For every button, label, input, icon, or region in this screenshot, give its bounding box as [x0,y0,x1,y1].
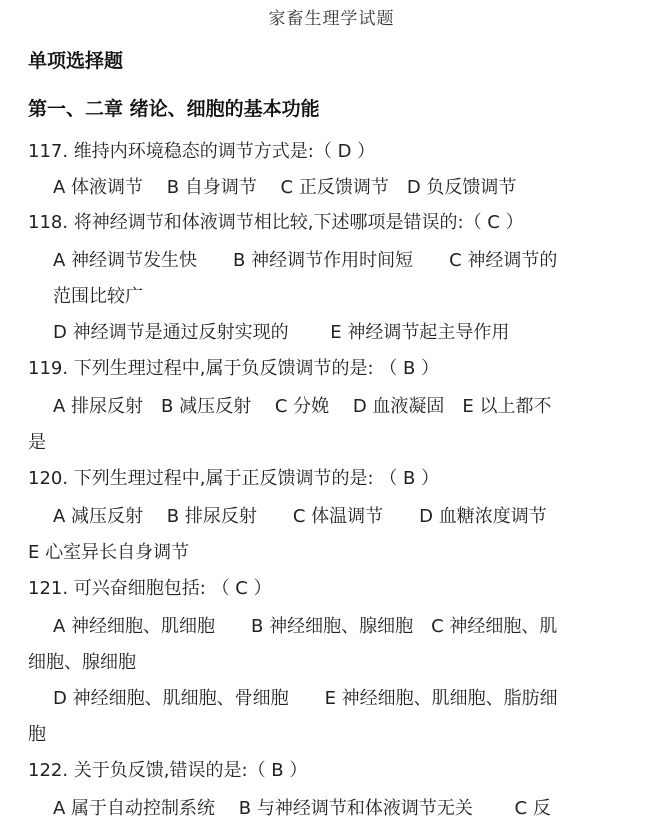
options-119: A 排尿反射 B 减压反射 C 分娩 D 血液凝固 E 以上都不 [53,395,552,419]
options-122: A 属于自动控制系统 B 与神经调节和体液调节无关 C 反 [53,797,551,821]
options-121-line1: A 神经细胞、肌细胞 B 神经细胞、腺细胞 C 神经细胞、肌 [53,615,557,639]
options-117: A 体液调节 B 自身调节 C 正反馈调节 D 负反馈调节 [53,176,516,200]
question-121: 121. 可兴奋细胞包括: （ C ） [28,577,272,601]
question-118: 118. 将神经调节和体液调节相比较,下述哪项是错误的:（ C ） [28,211,524,235]
options-121-cont1: 细胞、腺细胞 [28,651,136,675]
options-118-line2: 范围比较广 [53,285,143,309]
document-title: 家畜生理学试题 [0,4,663,29]
options-121-line2: D 神经细胞、肌细胞、骨细胞 E 神经细胞、肌细胞、脂肪细 [53,687,558,711]
question-120: 120. 下列生理过程中,属于正反馈调节的是: （ B ） [28,467,439,491]
options-120: A 减压反射 B 排尿反射 C 体温调节 D 血糖浓度调节 [53,505,547,529]
options-121-cont2: 胞 [28,723,46,747]
options-118-line1: A 神经调节发生快 B 神经调节作用时间短 C 神经调节的 [53,249,557,273]
options-120-cont: E 心室异长自身调节 [28,541,189,565]
question-122: 122. 关于负反馈,错误的是:（ B ） [28,759,307,783]
options-118-line3: D 神经调节是通过反射实现的 E 神经调节起主导作用 [53,321,509,345]
chapter-heading: 第一、二章 绪论、细胞的基本功能 [28,94,320,121]
question-117: 117. 维持内环境稳态的调节方式是:（ D ） [28,140,375,164]
options-119-cont: 是 [28,431,46,455]
question-119: 119. 下列生理过程中,属于负反馈调节的是: （ B ） [28,357,439,381]
section-heading: 单项选择题 [28,46,123,73]
